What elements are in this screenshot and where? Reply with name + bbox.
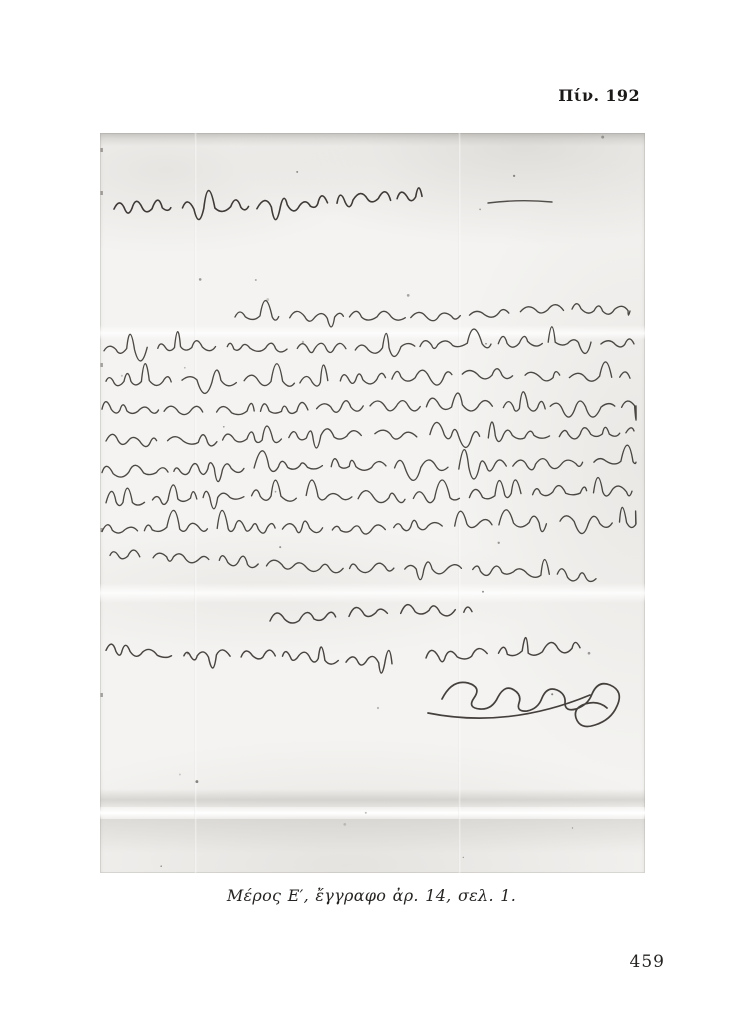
figure-caption: Μέρος Ε′, ἔγγραφο ἀρ. 14, σελ. 1.: [0, 886, 743, 905]
plate-label: Πίν. 192: [558, 86, 640, 105]
page-number: 459: [630, 952, 665, 972]
manuscript-scan-photo: [100, 133, 645, 873]
handwriting-ink: [100, 133, 645, 873]
book-page: { "page": { "plate_label": "Πίν. 192", "…: [0, 0, 743, 1027]
